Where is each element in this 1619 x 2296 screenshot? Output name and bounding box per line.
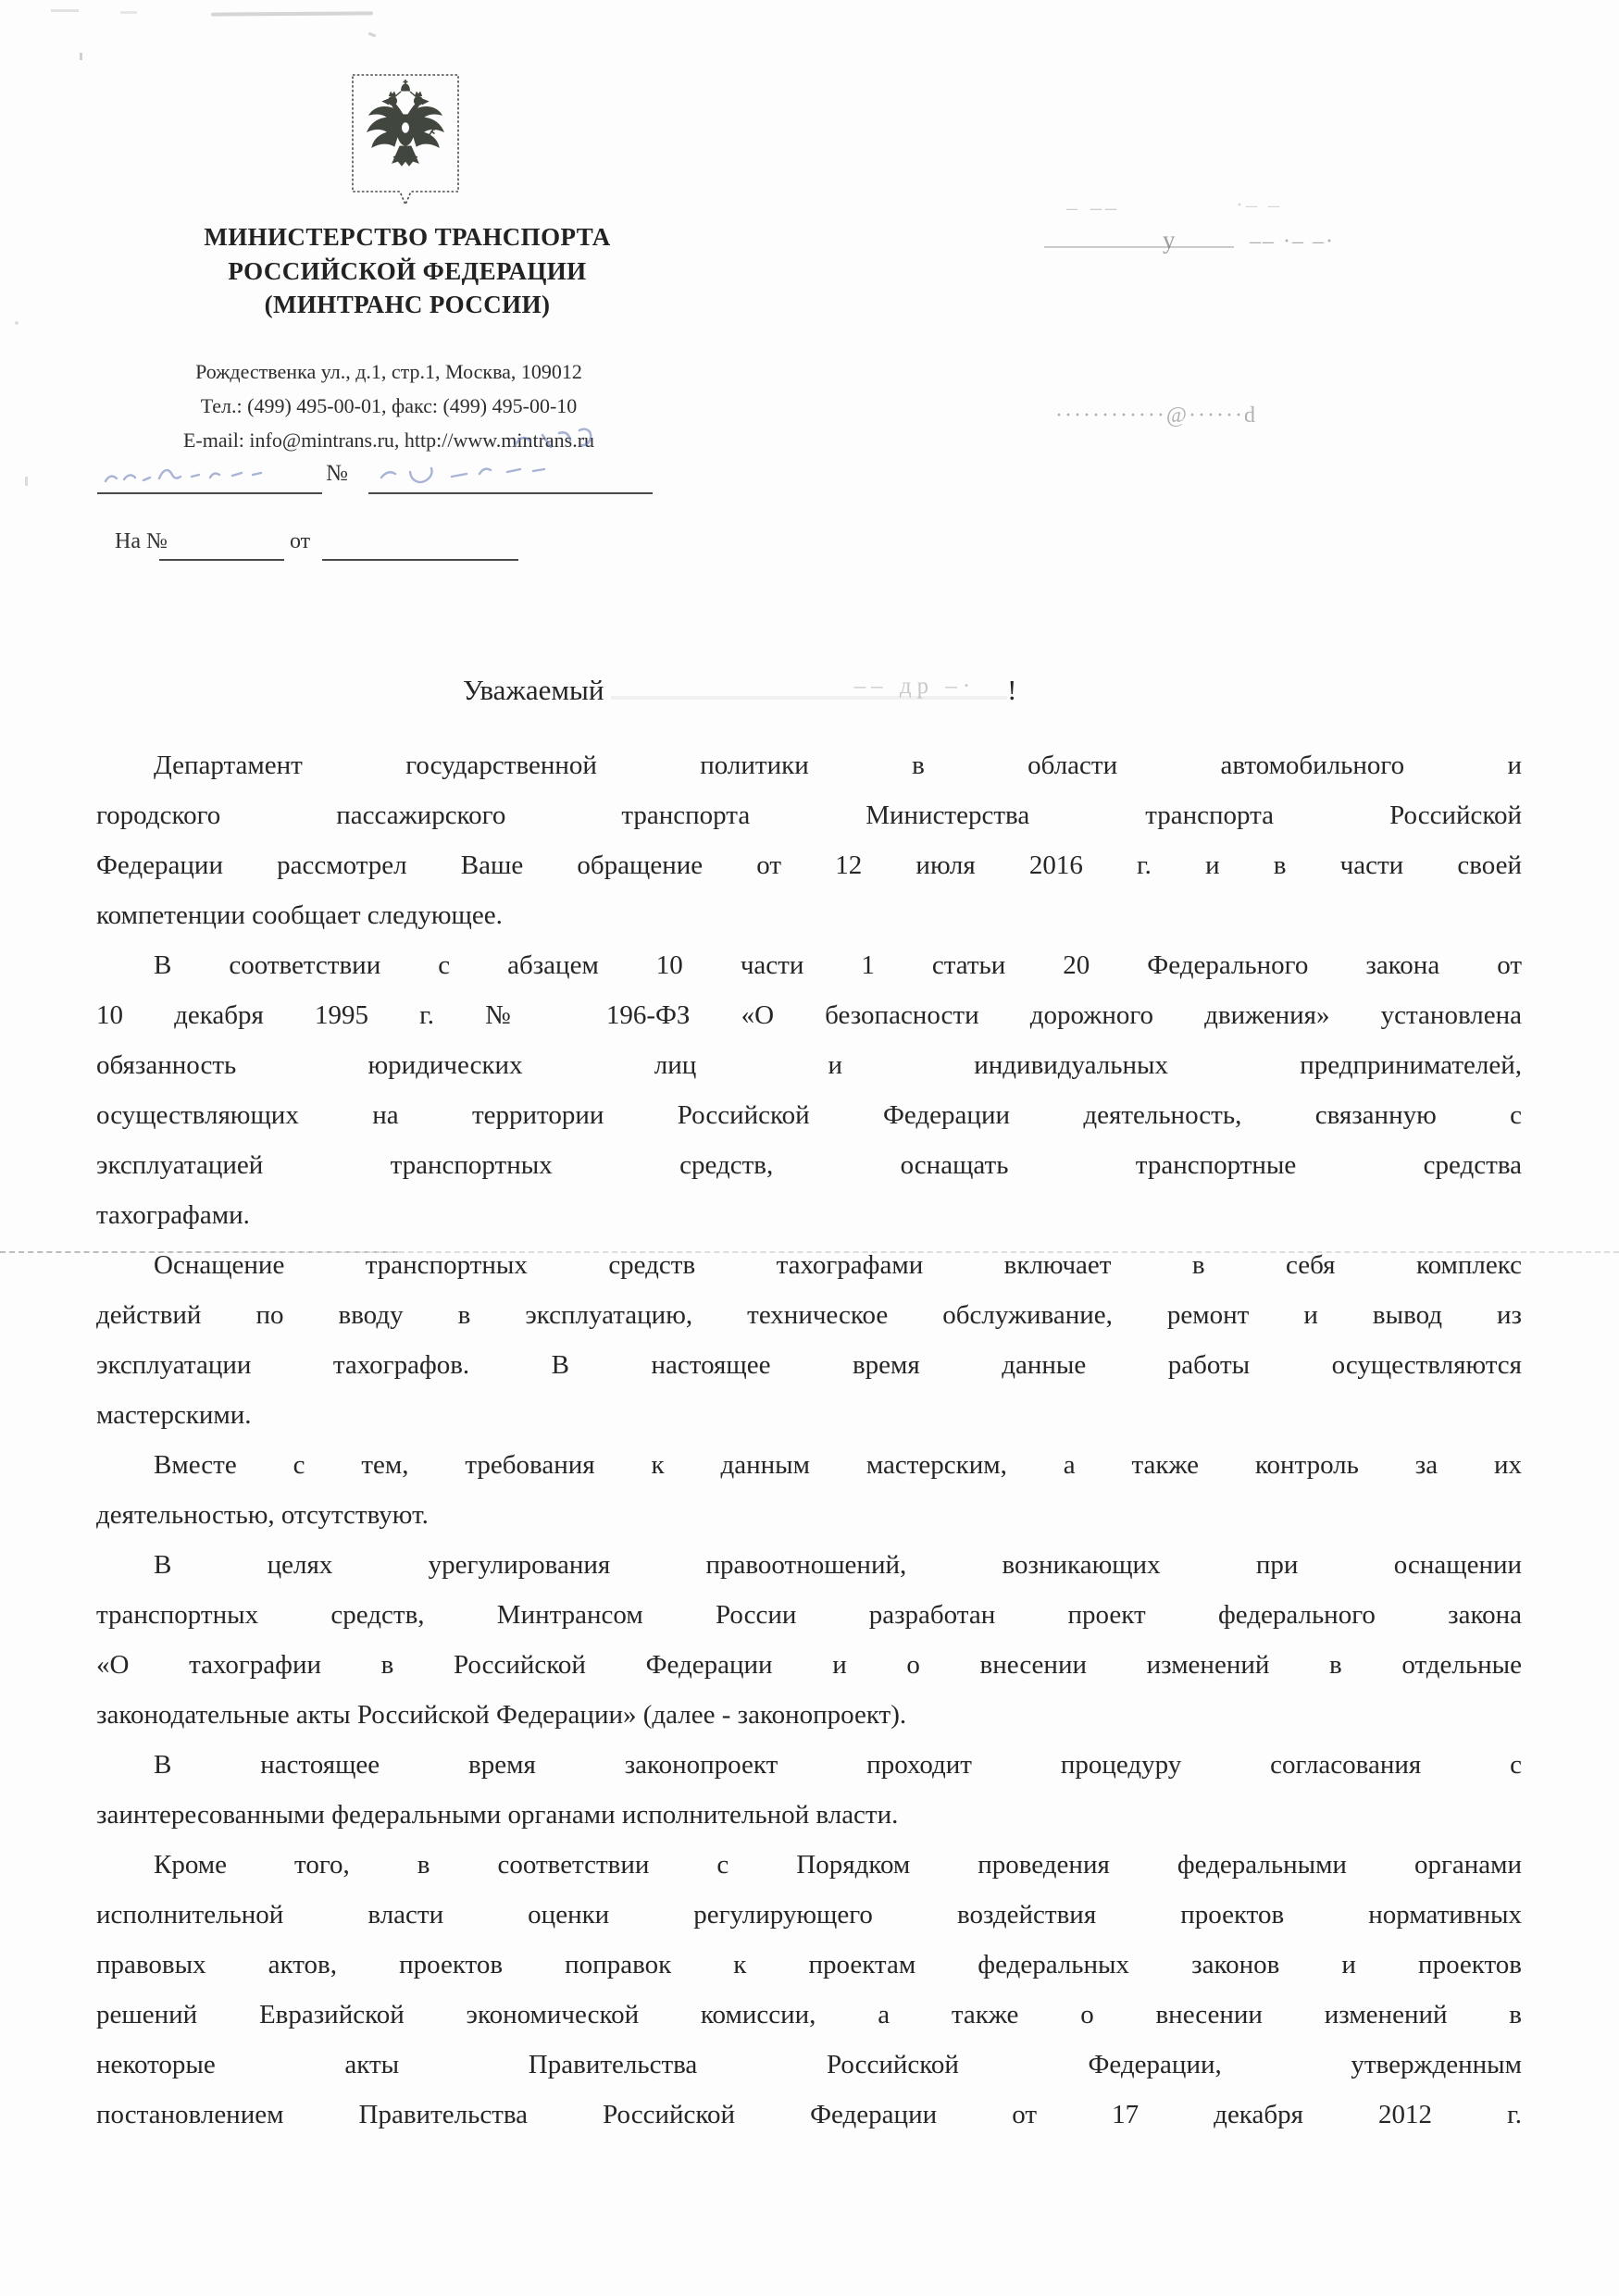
body-line: компетенции сообщает следующее. (96, 890, 1522, 940)
body-line: заинтересованными федеральными органами … (96, 1790, 1522, 1840)
scan-artifact (211, 11, 373, 16)
erased-addressee-trace: у (1163, 226, 1176, 254)
erased-addressee-line (1044, 246, 1234, 248)
salutation-exclamation: ! (1007, 674, 1016, 706)
body-line: Кроме того, в соответствии с Порядком пр… (96, 1840, 1522, 1890)
body-line: обязанность юридических лиц и индивидуал… (96, 1040, 1522, 1090)
erased-addressee-trace: ·– – (1236, 193, 1282, 218)
number-sign-label: № (326, 461, 348, 487)
scan-artifact (25, 477, 28, 486)
scan-artifact (51, 9, 79, 12)
coat-of-arms-icon (350, 72, 461, 213)
erased-addressee-name: –– др –· (611, 668, 1007, 700)
body-line: городского пассажирского транспорта Мини… (96, 790, 1522, 840)
body-line: Оснащение транспортных средств тахографа… (96, 1240, 1522, 1290)
letter-body: Департамент государственной политики в о… (96, 740, 1522, 2140)
body-line: 10 декабря 1995 г. № 196-ФЗ «О безопасно… (96, 990, 1522, 1040)
reply-date-blank (322, 531, 518, 561)
body-line: мастерскими. (96, 1390, 1522, 1440)
org-name-line: МИНИСТЕРСТВО ТРАНСПОРТА (120, 220, 694, 254)
body-line: В соответствии с абзацем 10 части 1 стат… (96, 940, 1522, 990)
body-line: законодательные акты Российской Федераци… (96, 1690, 1522, 1740)
salutation-prefix: Уважаемый (463, 674, 604, 706)
org-name-line: (МИНТРАНС РОССИИ) (120, 288, 694, 322)
reply-from-label: от (290, 529, 310, 554)
body-line: осуществляющих на территории Российской … (96, 1090, 1522, 1140)
body-line: постановлением Правительства Российской … (96, 2090, 1522, 2140)
body-line: решений Евразийской экономической комисс… (96, 1990, 1522, 2040)
body-line: В настоящее время законопроект проходит … (96, 1740, 1522, 1790)
erased-addressee-trace: –– ·– –· (1250, 230, 1335, 254)
scanned-letter-page: МИНИСТЕРСТВО ТРАНСПОРТА РОССИЙСКОЙ ФЕДЕР… (0, 0, 1619, 2296)
body-line: Федерации рассмотрел Ваше обращение от 1… (96, 840, 1522, 890)
org-name-block: МИНИСТЕРСТВО ТРАНСПОРТА РОССИЙСКОЙ ФЕДЕР… (120, 220, 694, 322)
org-name-line: РОССИЙСКОЙ ФЕДЕРАЦИИ (120, 254, 694, 289)
body-line: эксплуатации тахографов. В настоящее вре… (96, 1340, 1522, 1390)
salutation-line: Уважаемый –– др –·! (463, 668, 1017, 707)
handwritten-number-trace-icon (367, 426, 672, 494)
body-line: эксплуатацией транспортных средств, осна… (96, 1140, 1522, 1190)
scan-artifact (15, 321, 19, 325)
body-line: транспортных средств, Минтрансом России … (96, 1590, 1522, 1640)
body-line: «О тахографии в Российской Федерации и о… (96, 1640, 1522, 1690)
body-line: исполнительной власти оценки регулирующе… (96, 1890, 1522, 1940)
erased-addressee-trace: – –– (1066, 196, 1120, 221)
scan-artifact (368, 32, 377, 38)
org-address: Рождественка ул., д.1, стр.1, Москва, 10… (83, 355, 694, 390)
body-line: В целях урегулирования правоотношений, в… (96, 1540, 1522, 1590)
reply-number-blank (159, 531, 284, 561)
body-line: Департамент государственной политики в о… (96, 740, 1522, 790)
body-line: действий по вводу в эксплуатацию, технич… (96, 1290, 1522, 1340)
scan-artifact (120, 11, 137, 14)
body-line: деятельностью, отсутствуют. (96, 1490, 1522, 1540)
body-line: тахографами. (96, 1190, 1522, 1240)
org-phone: Тел.: (499) 495-00-01, факс: (499) 495-0… (83, 390, 694, 424)
scan-artifact (80, 53, 82, 60)
erased-addressee-email-trace: ············@······d (1055, 403, 1257, 428)
body-line: правовых актов, проектов поправок к прое… (96, 1940, 1522, 1990)
body-line: Вместе с тем, требования к данным мастер… (96, 1440, 1522, 1490)
body-line: некоторые акты Правительства Российской … (96, 2040, 1522, 2090)
handwritten-date-trace-icon (98, 450, 320, 492)
